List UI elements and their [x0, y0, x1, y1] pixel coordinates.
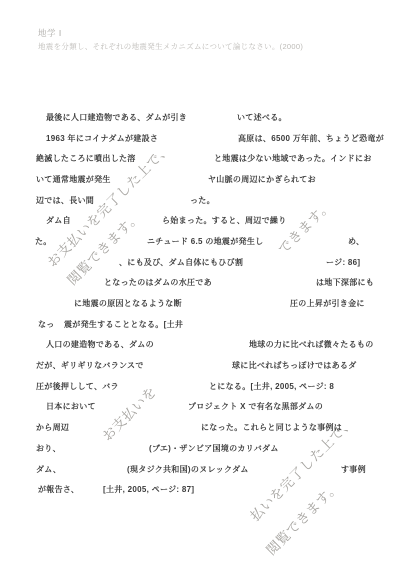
text-fragment: ダム、	[36, 465, 61, 475]
text-fragment: ヤ山脈の周辺にかぎられてお	[208, 175, 316, 185]
text-fragment: に地震の原因となるような断	[74, 299, 182, 309]
text-fragment: と地震は少ない地域であった。インドにお	[214, 154, 372, 164]
text-fragment: 、にも及び、ダム自体にもひび割	[119, 258, 243, 268]
text-fragment: す事例	[341, 465, 366, 475]
document-text-layer: 最後に人口建造物である、ダムが引きいて述べる。1963 年にコイナダムが建設さ高…	[0, 0, 410, 580]
text-fragment: 1963 年にコイナダムが建設さ	[46, 134, 158, 144]
text-fragment: 日本において	[46, 402, 96, 412]
text-fragment: ダム自	[46, 216, 71, 226]
text-fragment: 人口の建造物である、ダムの	[46, 340, 154, 350]
text-fragment: プロジェクト X で有名な黒部ダムの	[188, 402, 323, 412]
text-fragment: 最後に人口建造物である、ダムが引き	[46, 113, 187, 123]
document-preview-page: 地学 I 地震を分類し、それぞれの地震発生メカニズムについて論じなさい。(200…	[0, 0, 410, 580]
text-fragment: 圧が後押しして、バラ	[36, 382, 119, 392]
text-fragment: いて述べる。	[237, 113, 287, 123]
text-fragment: は地下深部にも	[316, 278, 374, 288]
text-fragment: から周辺	[36, 423, 69, 433]
text-fragment: 高原は、6500 万年前、ちょうど恐竜が	[238, 134, 384, 144]
text-fragment: が報告さ、	[38, 485, 79, 495]
text-fragment: ニチュード 6.5 の地震が発生し	[147, 237, 263, 247]
text-fragment: とになる。[土井, 2005, ページ: 8	[209, 382, 334, 392]
text-fragment: なっ	[38, 320, 55, 330]
text-fragment: になった。これらと同じような事例は	[201, 423, 342, 433]
text-fragment: ら始まった。すると、周辺で繰り	[162, 216, 287, 226]
text-fragment: (ブエ)・ザンビア国境のカリバダム	[149, 444, 279, 454]
text-fragment: め、	[348, 237, 364, 247]
text-fragment: いて通常地震が発生	[36, 175, 111, 185]
text-fragment: 辺では、長い間	[36, 196, 94, 206]
text-fragment: 絶滅したころに噴出した溶	[36, 154, 136, 164]
text-fragment: った。	[190, 196, 215, 206]
text-fragment: となったのはダムの水圧であ	[104, 278, 212, 288]
text-fragment: (現タジク共和国)のヌレックダム	[127, 465, 249, 475]
text-fragment: おり、	[36, 444, 61, 454]
text-fragment: [土井, 2005, ページ: 87]	[103, 485, 194, 495]
text-fragment: 震が発生することとなる。[土井	[64, 320, 183, 330]
text-fragment: だが、ギリギリなバランスで	[36, 361, 144, 371]
text-fragment: 球に比べればちっぽけではあるダ	[232, 361, 357, 371]
text-fragment: た。	[35, 237, 52, 247]
text-fragment: 圧の上昇が引き金に	[290, 299, 365, 309]
text-fragment: ージ: 86]	[326, 258, 360, 268]
text-fragment: 地球の力に比べれば微々たるもの	[249, 340, 374, 350]
